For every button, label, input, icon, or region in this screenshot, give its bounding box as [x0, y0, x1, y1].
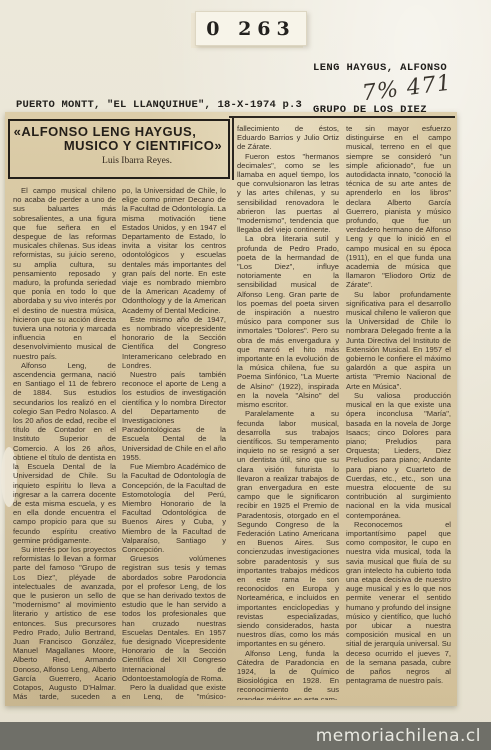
article-paragraph: Nuestro país también reconoce el aporte … — [122, 370, 226, 462]
newspaper-clipping: «ALFONSO LENG HAYGUS, MUSICO Y CIENTIFIC… — [5, 112, 457, 706]
headline-line-2: MUSICO Y CIENTIFICO» — [34, 139, 252, 153]
article-paragraph: Su valiosa producción musical en la que … — [346, 391, 451, 520]
article-paragraph: fallecimiento de éstos, Eduardo Barrios … — [237, 124, 339, 152]
article-paragraph: Paralelamente a su fecunda labor musical… — [237, 409, 339, 648]
article-paragraph: La obra literaria sutil y profunda de Pe… — [237, 234, 339, 409]
clipping-top-rule — [229, 116, 455, 118]
stamp-number: 0 263 — [206, 18, 296, 40]
article-paragraph: Fue Miembro Académico de la Facultad de … — [122, 462, 226, 554]
article-paragraph: Fueron estos "hermanos decimales", como … — [237, 152, 339, 235]
stamp-label: 0 263 — [195, 11, 307, 46]
article-paragraph: Este mismo año de 1947, es nombrado vice… — [122, 315, 226, 370]
article-column-4: te sin mayor esfuerzo distinguirse en el… — [346, 124, 451, 700]
source-line: PUERTO MONTT, "EL LLANQUIHUE", 18-X-1974… — [16, 99, 302, 111]
article-paragraph: El campo musical chileno no acaba de per… — [13, 186, 116, 361]
byline: Luis Ibarra Reyes. — [28, 156, 246, 166]
article-column-3: fallecimiento de éstos, Eduardo Barrios … — [237, 124, 339, 700]
article-paragraph: Alfonso Leng, de ascendencia germana, na… — [13, 361, 116, 545]
article-paragraph: Alfonso Leng, funda la Cátedra de Parado… — [237, 649, 339, 700]
headline-box: «ALFONSO LENG HAYGUS, MUSICO Y CIENTIFIC… — [8, 119, 230, 179]
article-paragraph: Pero la dualidad que existe en Leng, de … — [122, 683, 226, 700]
article-paragraph: po, la Universidad de Chile, lo elige co… — [122, 186, 226, 315]
article-column-2: po, la Universidad de Chile, lo elige co… — [122, 186, 226, 700]
article-paragraph: Gruesos volúmenes registran sus tesis y … — [122, 554, 226, 683]
scanned-archive-page: { "colors": { "paper": "#e9e4d4", "clipp… — [0, 0, 491, 750]
headline-line-1: «ALFONSO LENG HAYGUS, — [0, 125, 214, 139]
watermark-text: memoriachilena.cl — [316, 726, 491, 746]
watermark-band: memoriachilena.cl — [0, 722, 491, 750]
article-paragraph: Su labor profundamente significativa par… — [346, 290, 451, 391]
article-column-1: El campo musical chileno no acaba de per… — [13, 186, 116, 700]
article-paragraph: Reconocemos el importantísimo papel que … — [346, 520, 451, 686]
article-paragraph: Su interés por los proyectos reformistas… — [13, 545, 116, 700]
article-paragraph: te sin mayor esfuerzo distinguirse en el… — [346, 124, 451, 290]
